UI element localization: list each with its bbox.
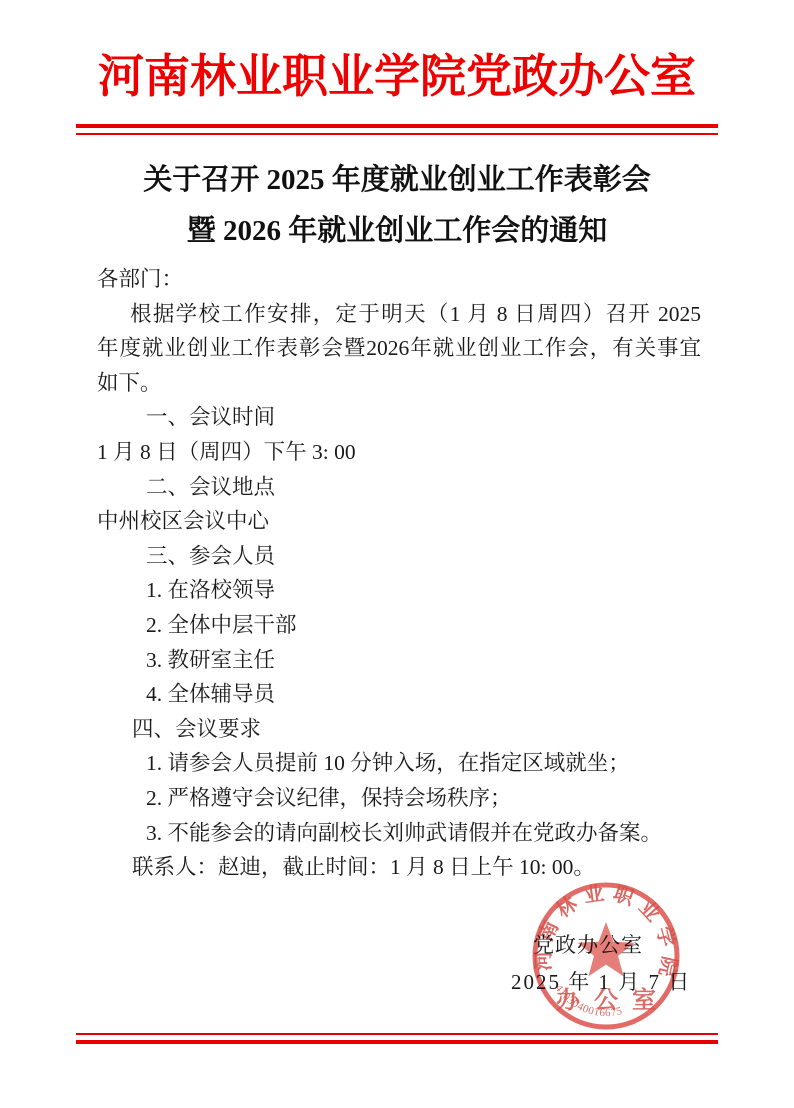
body-line-7: 二、会议地点 <box>97 470 701 505</box>
body-line-3: 年度就业创业工作表彰会暨2026年就业创业工作会，有关事宜 <box>97 331 701 366</box>
letterhead-org-name: 河南林业职业学院党政办公室 <box>0 44 794 110</box>
body-line-1: 各部门： <box>97 262 701 297</box>
seal-star <box>578 922 635 976</box>
body-line-8: 中州校区会议中心 <box>97 504 701 539</box>
body-line-13: 4. 全体辅导员 <box>97 677 701 712</box>
body-line-4: 如下。 <box>97 366 701 401</box>
body-line-6: 1 月 8 日（周四）下午 3: 00 <box>97 435 701 470</box>
document-page: 河南林业职业学院党政办公室 关于召开 2025 年度就业创业工作表彰会 暨 20… <box>0 0 794 1108</box>
body-line-2: 根据学校工作安排，定于明天（1 月 8 日周四）召开 2025 <box>97 297 701 332</box>
body-line-15: 1. 请参会人员提前 10 分钟入场，在指定区域就坐； <box>97 746 701 781</box>
header-rule-thick <box>76 124 718 128</box>
document-title: 关于召开 2025 年度就业创业工作表彰会 暨 2026 年就业创业工作会的通知 <box>0 155 794 257</box>
body-line-16: 2. 严格遵守会议纪律，保持会场秩序； <box>97 781 701 816</box>
body-line-14: 四、会议要求 <box>97 712 701 747</box>
official-seal-graphic: 河南林业职业学院 办公室 4103040016675 <box>518 868 694 1044</box>
document-body: 各部门：根据学校工作安排，定于明天（1 月 8 日周四）召开 2025年度就业创… <box>97 262 701 885</box>
document-title-line1: 关于召开 2025 年度就业创业工作表彰会 <box>0 155 794 206</box>
body-line-10: 1. 在洛校领导 <box>97 573 701 608</box>
official-seal: 河南林业职业学院 办公室 4103040016675 <box>518 868 694 1044</box>
document-title-line2: 暨 2026 年就业创业工作会的通知 <box>0 206 794 257</box>
body-line-9: 三、参会人员 <box>97 539 701 574</box>
body-line-17: 3. 不能参会的请向副校长刘帅武请假并在党政办备案。 <box>97 816 701 851</box>
header-rule-thin <box>76 133 718 135</box>
body-line-5: 一、会议时间 <box>97 400 701 435</box>
body-line-12: 3. 教研室主任 <box>97 643 701 678</box>
body-line-11: 2. 全体中层干部 <box>97 608 701 643</box>
